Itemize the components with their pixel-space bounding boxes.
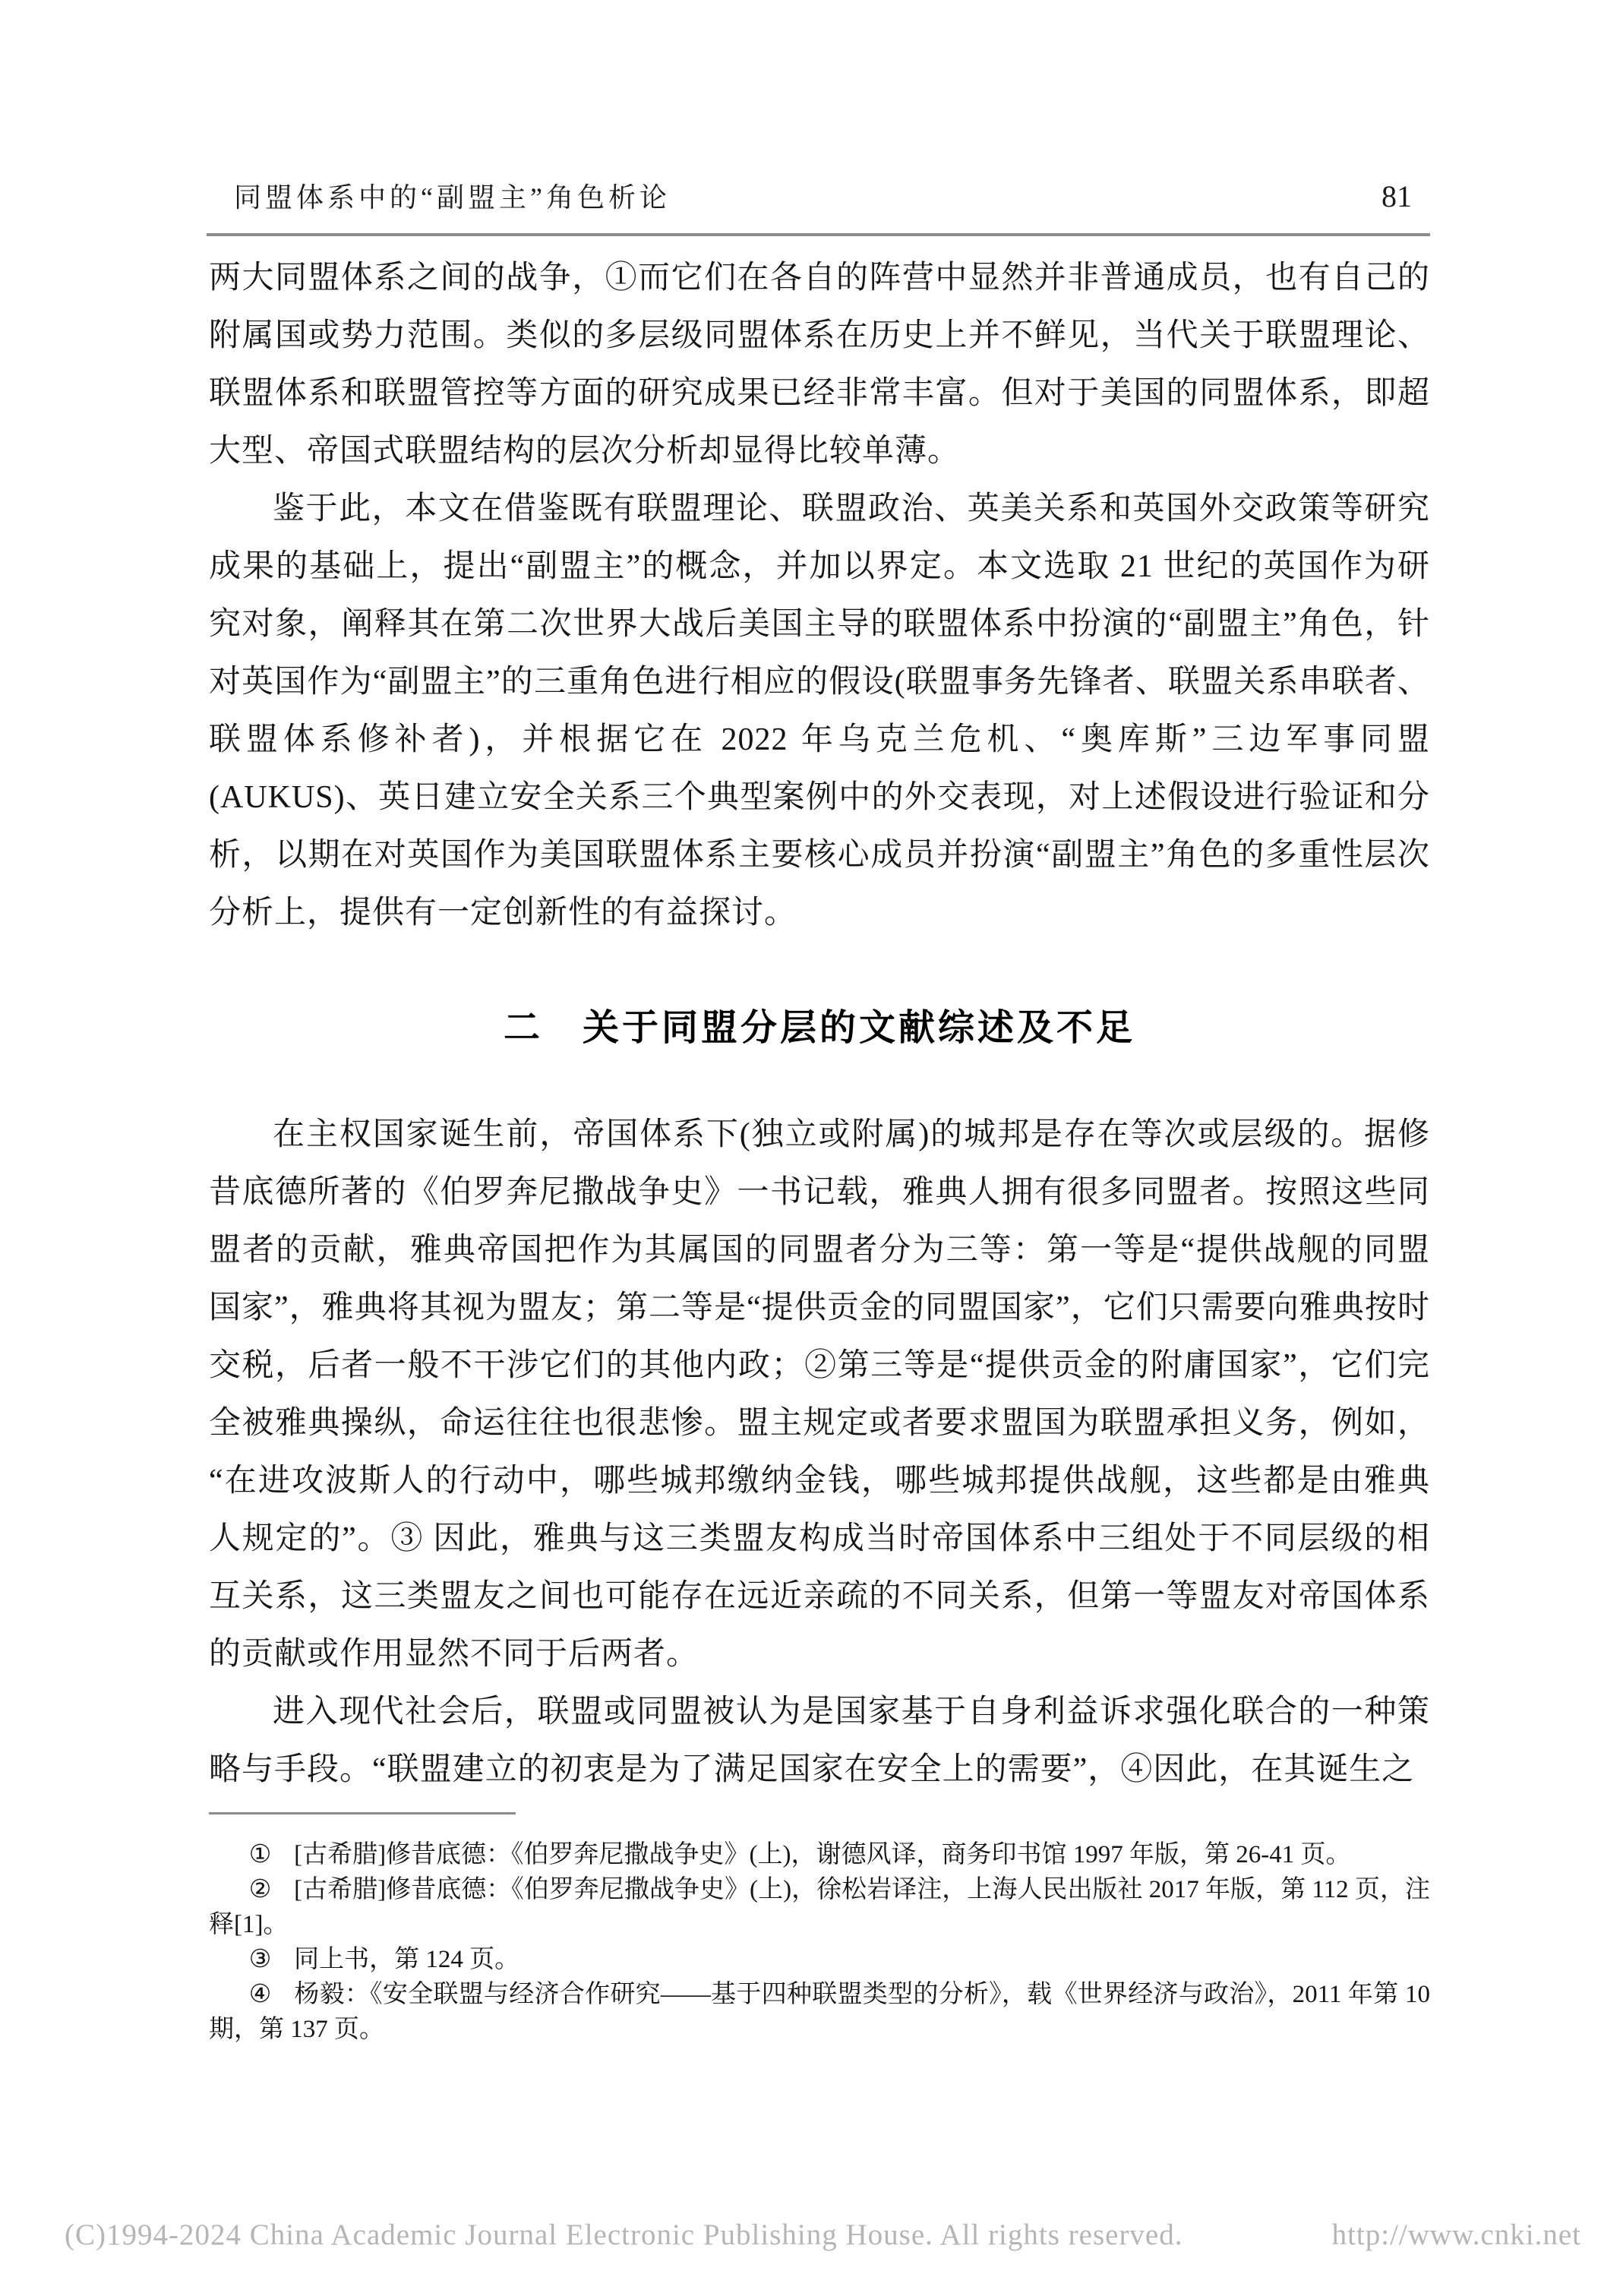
footnote-1: ①[古希腊]修昔底德：《伯罗奔尼撒战争史》(上)，谢德风译，商务印书馆 1997… <box>209 1837 1430 1872</box>
paragraph-modern: 进入现代社会后，联盟或同盟被认为是国家基于自身利益诉求强化联合的一种策略与手段。… <box>209 1683 1430 1799</box>
header-rule <box>207 233 1430 236</box>
journal-page: 同盟体系中的“副盟主”角色析论 81 两大同盟体系之间的战争，①而它们在各自的阵… <box>0 0 1623 2296</box>
page-footer: (C)1994-2024 China Academic Journal Elec… <box>65 2218 1581 2252</box>
page-header: 同盟体系中的“副盟主”角色析论 81 <box>207 176 1430 236</box>
page-number: 81 <box>1381 178 1412 214</box>
footnotes-section: ①[古希腊]修昔底德：《伯罗奔尼撒战争史》(上)，谢德风译，商务印书馆 1997… <box>209 1812 1430 2047</box>
paragraph-literature: 在主权国家诞生前，帝国体系下(独立或附属)的城邦是存在等次或层级的。据修昔底德所… <box>209 1106 1430 1683</box>
footnote-3: ③同上书，第 124 页。 <box>209 1942 1430 1977</box>
footnote-2: ②[古希腊]修昔底德：《伯罗奔尼撒战争史》(上)，徐松岩译注，上海人民出版社 2… <box>209 1872 1430 1942</box>
footnote-4: ④杨毅：《安全联盟与经济合作研究——基于四种联盟类型的分析》，载《世界经济与政治… <box>209 1977 1430 2047</box>
paragraph-continued: 两大同盟体系之间的战争，①而它们在各自的阵营中显然并非普通成员，也有自己的附属国… <box>209 249 1430 480</box>
footnote-2-marker: ② <box>249 1872 272 1907</box>
footnote-4-text: 杨毅：《安全联盟与经济合作研究——基于四种联盟类型的分析》，载《世界经济与政治》… <box>209 1981 1430 2043</box>
cnki-url: http://www.cnki.net <box>1332 2218 1581 2252</box>
paragraph-intro: 鉴于此，本文在借鉴既有联盟理论、联盟政治、英美关系和英国外交政策等研究成果的基础… <box>209 480 1430 942</box>
section-heading: 二 关于同盟分层的文献综述及不足 <box>209 1006 1430 1051</box>
footnote-1-text: [古希腊]修昔底德：《伯罗奔尼撒战争史》(上)，谢德风译，商务印书馆 1997 … <box>294 1841 1350 1868</box>
footnote-4-marker: ④ <box>249 1977 272 2012</box>
footnote-separator <box>209 1812 516 1814</box>
footnote-3-marker: ③ <box>249 1942 272 1977</box>
article-body: 两大同盟体系之间的战争，①而它们在各自的阵营中显然并非普通成员，也有自己的附属国… <box>209 249 1430 1799</box>
copyright-notice: (C)1994-2024 China Academic Journal Elec… <box>65 2218 1183 2252</box>
footnote-3-text: 同上书，第 124 页。 <box>294 1946 519 1973</box>
footnote-2-text: [古希腊]修昔底德：《伯罗奔尼撒战争史》(上)，徐松岩译注，上海人民出版社 20… <box>209 1876 1430 1938</box>
footnote-1-marker: ① <box>249 1837 272 1872</box>
running-title: 同盟体系中的“副盟主”角色析论 <box>234 176 671 215</box>
